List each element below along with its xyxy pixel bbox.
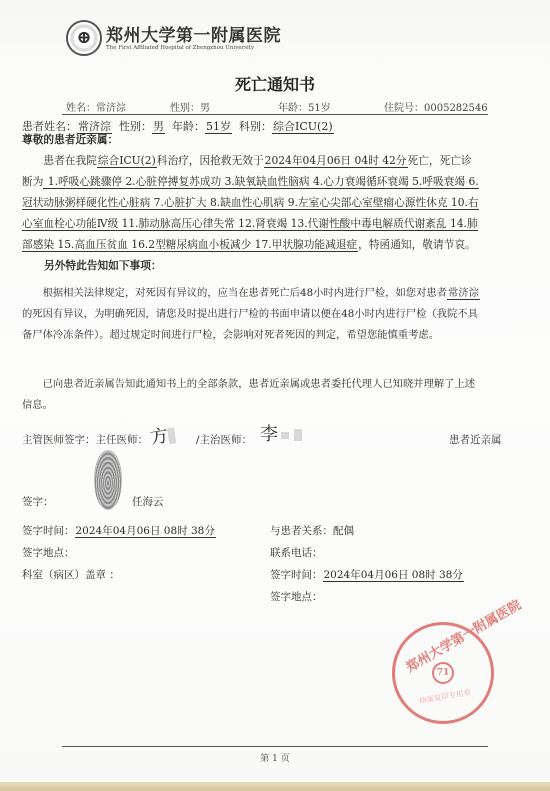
- sign-place-label: 签字地点：: [22, 545, 75, 560]
- phone-label: 联系电话：: [270, 545, 323, 560]
- patient-gender: 男: [152, 120, 165, 134]
- document-title: 死亡通知书: [0, 72, 550, 95]
- sign-place-label-2: 签字地点：: [270, 589, 323, 604]
- sign-time-value-2: 2024年04月06日 08时 38分: [323, 569, 464, 582]
- sign-label: 签字：: [22, 494, 54, 509]
- relation-row: 与患者关系：配偶: [270, 523, 354, 538]
- hospital-name-en: The First Affiliated Hospital of Zhengzh…: [106, 45, 254, 51]
- redacted-block: [281, 432, 289, 439]
- relative-name: 任海云: [132, 494, 164, 509]
- attending-physician-signature: 李: [260, 420, 302, 446]
- patient-age: 51岁: [205, 120, 232, 134]
- footer-divider: [62, 746, 488, 747]
- relative-label: 患者近亲属: [449, 432, 502, 447]
- department-ref: 综合ICU(2): [97, 154, 157, 168]
- doctor-signature-label: 主管医师签字：主任医师：: [22, 432, 148, 447]
- salutation: 尊敬的患者近亲属：: [22, 129, 118, 150]
- redacted-block: [294, 429, 302, 441]
- relation-value: 配偶: [333, 525, 354, 537]
- sign-time-value: 2024年04月06日 08时 38分: [75, 525, 216, 538]
- background-surface: [0, 782, 550, 791]
- page-number: 第 1 页: [0, 751, 550, 764]
- hospital-seal-stamp: 郑州大学第一附属医院 71 病案复印专用章: [392, 622, 494, 724]
- department-seal-label: 科室（病区）盖章 ：: [22, 567, 120, 582]
- sign-time-row-2: 签字时间：2024年04月06日 08时 38分: [270, 567, 464, 582]
- header-age: 年龄：51岁: [278, 99, 331, 114]
- hospital-name-cn: 郑州大学第一附属医院: [106, 21, 281, 46]
- patient-department: 综合ICU(2): [272, 120, 334, 134]
- header-admission-number: 住院号：0005282546: [384, 99, 488, 114]
- hospital-logo: ⊕ 郑州大学第一附属医院 The First Affiliated Hospit…: [66, 20, 266, 62]
- acknowledgement-paragraph: 已向患者近亲属告知此通知书上的全部条款，患者近亲属或患者委托代理人已知晓并理解了…: [22, 374, 482, 416]
- sign-time-row: 签字时间：2024年04月06日 08时 38分: [22, 523, 216, 538]
- patient-name-ref: 常济淙: [447, 287, 480, 300]
- notice-heading: 另外特此告知如下事项：: [44, 255, 162, 276]
- seal-number: 71: [432, 662, 454, 684]
- header-gender: 性别：男: [170, 99, 210, 114]
- hospital-emblem-icon: ⊕: [66, 20, 102, 56]
- attending-physician-label: /主治医师：: [196, 432, 252, 447]
- header-divider: [62, 114, 488, 115]
- death-notice-paragraph: 患者在我院综合ICU(2)科治疗，因抢救无效于2024年04月06日 04时 4…: [22, 150, 482, 255]
- header-name: 姓名：常济淙: [66, 99, 126, 114]
- time-of-death: 2024年04月06日 04时 42分: [264, 154, 408, 168]
- fingerprint-mark: [94, 450, 122, 510]
- autopsy-notice-paragraph: 根据相关法律规定，对死因有异议的，应当在患者死亡后48小时内进行尸检，如您对患者…: [22, 283, 482, 346]
- chief-physician-signature: 方: [148, 420, 176, 449]
